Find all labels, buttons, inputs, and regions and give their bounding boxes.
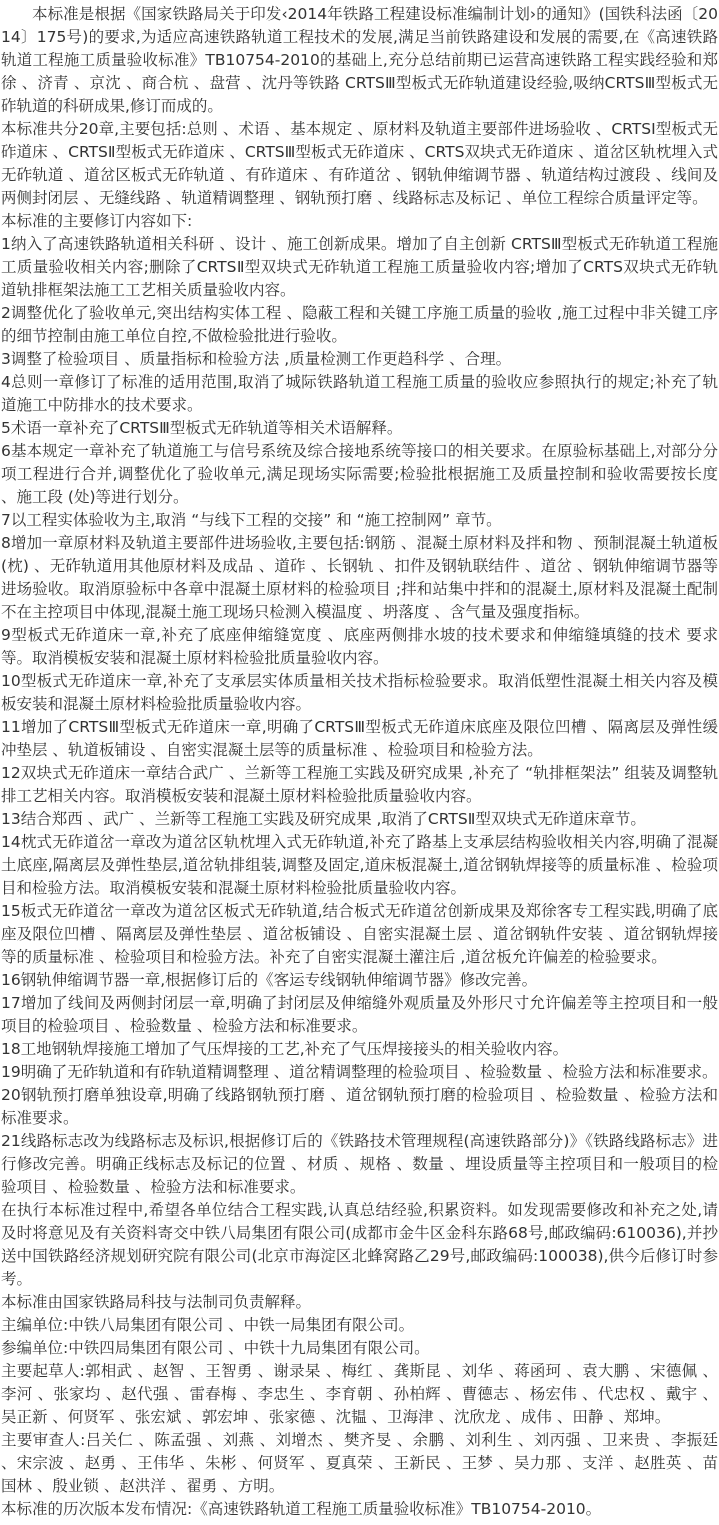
- paragraph-reviewers: 主要审查人:吕关仁 、陈孟强 、刘燕 、刘增杰 、樊齐旻 、余鹏 、刘利生 、刘…: [1, 1429, 718, 1498]
- paragraph-co-editors: 参编单位:中铁四局集团有限公司 、中铁十九局集团有限公司。: [1, 1337, 718, 1360]
- revision-item-19: 19明确了无砟轨道和有砟轨道精调整理 、道岔精调整理的检验项目 、检验数量 、检…: [1, 1061, 718, 1084]
- paragraph-revision-lead: 本标准的主要修订内容如下:: [1, 210, 718, 233]
- revision-item-20: 20钢轨预打磨单独设章,明确了线路钢轨预打磨 、道岔钢轨预打磨的检验项目 、检验…: [1, 1084, 718, 1130]
- revision-item-1: 1纳入了高速铁路轨道相关科研 、设计 、施工创新成果。增加了自主创新 CRTSⅢ…: [1, 233, 718, 302]
- paragraph-chapters: 本标准共分20章,主要包括:总则 、术语 、基本规定 、原材料及轨道主要部件进场…: [1, 118, 718, 210]
- revision-item-18: 18工地钢轨焊接施工增加了气压焊接的工艺,补充了气压焊接接头的相关验收内容。: [1, 1038, 718, 1061]
- revision-item-16: 16钢轨伸缩调节器一章,根据修订后的《客运专线钢轨伸缩调节器》修改完善。: [1, 969, 718, 992]
- revision-item-15: 15板式无砟道岔一章改为道岔区板式无砟轨道,结合板式无砟道岔创新成果及郑徐客专工…: [1, 900, 718, 969]
- revision-item-17: 17增加了线间及两侧封闭层一章,明确了封闭层及伸缩缝外观质量及外形尺寸允许偏差等…: [1, 992, 718, 1038]
- revision-item-10: 10型板式无砟道床一章,补充了支承层实体质量相关技术指标检验要求。取消低塑性混凝…: [1, 670, 718, 716]
- revision-item-8: 8增加一章原材料及轨道主要部件进场验收,主要包括:钢筋 、混凝土原材料及拌和物 …: [1, 532, 718, 624]
- revision-item-5: 5术语一章补充了CRTSⅢ型板式无砟轨道等相关术语解释。: [1, 417, 718, 440]
- paragraph-drafters: 主要起草人:郭相武 、赵智 、王智勇 、谢录杲 、梅红 、龚斯昆 、刘华 、蒋函…: [1, 1360, 718, 1429]
- revision-item-13: 13结合郑西 、武广 、兰新等工程施工实践及研究成果 ,取消了CRTSⅡ型双块式…: [1, 808, 718, 831]
- paragraph-interpretation: 本标准由国家铁路局科技与法制司负责解释。: [1, 1291, 718, 1314]
- revision-item-11: 11增加了CRTSⅢ型板式无砟道床一章,明确了CRTSⅢ型板式无砟道床底座及限位…: [1, 716, 718, 762]
- paragraph-feedback: 在执行本标准过程中,希望各单位结合工程实践,认真总结经验,积累资料。如发现需要修…: [1, 1199, 718, 1291]
- document-page: 本标准是根据《国家铁路局关于印发‹2014年铁路工程建设标准编制计划›的通知》(…: [0, 0, 719, 1525]
- revision-item-7: 7以工程实体验收为主,取消 “与线下工程的交接” 和 “施工控制网” 章节。: [1, 509, 718, 532]
- paragraph-history: 本标准的历次版本发布情况:《高速铁路轨道工程施工质量验收标准》TB10754-2…: [1, 1498, 718, 1521]
- revision-item-3: 3调整了检验项目 、质量指标和检验方法 ,质量检测工作更趋科学 、合理。: [1, 348, 718, 371]
- paragraph-chief-editors: 主编单位:中铁八局集团有限公司 、中铁一局集团有限公司。: [1, 1314, 718, 1337]
- paragraph-intro: 本标准是根据《国家铁路局关于印发‹2014年铁路工程建设标准编制计划›的通知》(…: [1, 3, 718, 118]
- revision-item-2: 2调整优化了验收单元,突出结构实体工程 、隐蔽工程和关键工序施工质量的验收 ,施…: [1, 302, 718, 348]
- revision-item-9: 9型板式无砟道床一章,补充了底座伸缩缝宽度 、底座两侧排水坡的技术要求和伸缩缝填…: [1, 624, 718, 670]
- revision-item-14: 14枕式无砟道岔一章改为道岔区轨枕埋入式无砟轨道,补充了路基上支承层结构验收相关…: [1, 831, 718, 900]
- revision-item-21: 21线路标志改为线路标志及标识,根据修订后的《铁路技术管理规程(高速铁路部分)》…: [1, 1130, 718, 1199]
- revision-item-6: 6基本规定一章补充了轨道施工与信号系统及综合接地系统等接口的相关要求。在原验标基…: [1, 440, 718, 509]
- revision-item-12: 12双块式无砟道床一章结合武广 、兰新等工程施工实践及研究成果 ,补充了 “轨排…: [1, 762, 718, 808]
- revision-item-4: 4总则一章修订了标准的适用范围,取消了城际铁路轨道工程施工质量的验收应参照执行的…: [1, 371, 718, 417]
